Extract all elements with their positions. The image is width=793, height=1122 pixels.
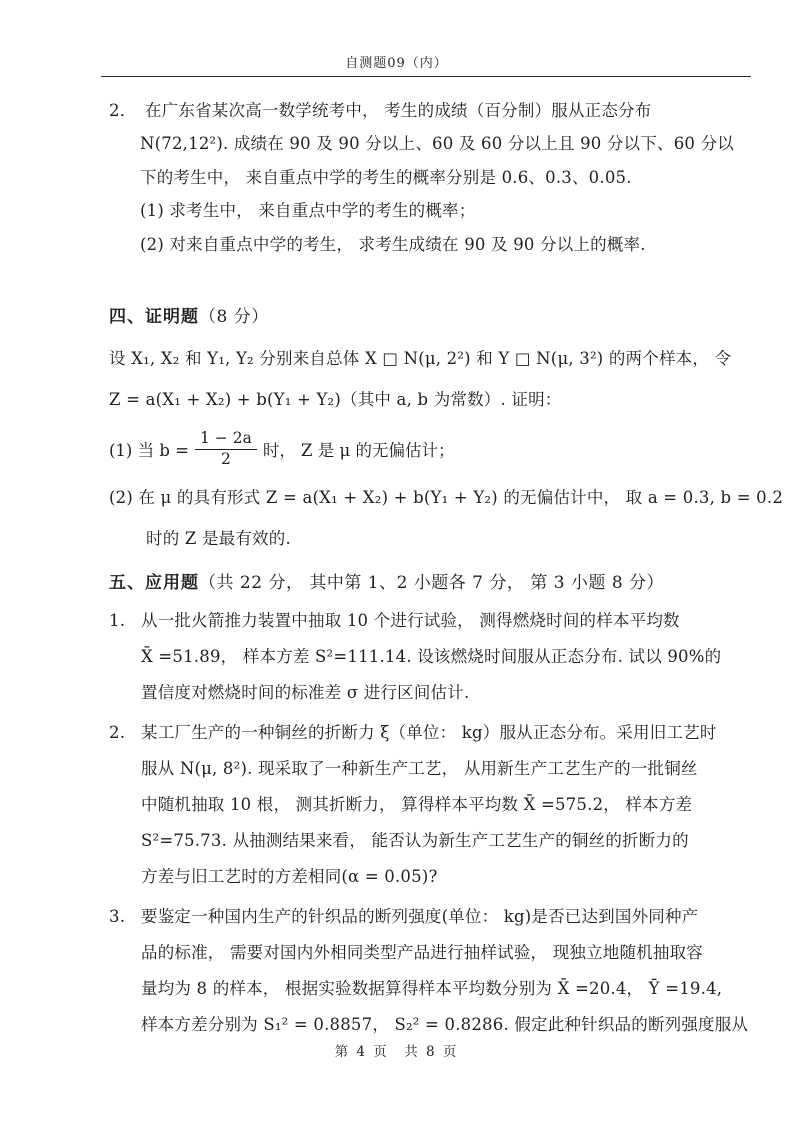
question-2-block: 2．在广东省某次高一数学统考中， 考生的成绩（百分制）服从正态分布 N(72,1… <box>109 94 731 261</box>
question-text: 在广东省某次高一数学统考中， 考生的成绩（百分制）服从正态分布 <box>145 101 651 120</box>
fraction-numerator: 1 − 2a <box>195 429 257 450</box>
question-2-line-1: 2．在广东省某次高一数学统考中， 考生的成绩（百分制）服从正态分布 <box>109 94 731 127</box>
proof-item-2-line-2: 时的 Z 是最有效的. <box>109 519 731 559</box>
section-5-heading: 五、应用题（共 22 分， 其中第 1、2 小题各 7 分， 第 3 小题 8 … <box>109 567 731 599</box>
applied-item-3-line-1: 3.要鉴定一种国内生产的针织品的断列强度(单位： kg)是否已达到国外同种产 <box>109 899 731 935</box>
applied-item-1-line-1: 1.从一批火箭推力装置中抽取 10 个进行试验， 测得燃烧时间的样本平均数 <box>109 603 731 639</box>
document-page: 自测题09（内） 2．在广东省某次高一数学统考中， 考生的成绩（百分制）服从正态… <box>0 0 793 1122</box>
proof-item-1-suffix: 时， Z 是 μ 的无偏估计； <box>263 437 455 461</box>
item-text: 从一批火箭推力装置中抽取 10 个进行试验， 测得燃烧时间的样本平均数 <box>141 611 680 630</box>
proof-item-2-line-1: (2) 在 μ 的具有形式 Z = a(X₁ + X₂) + b(Y₁ + Y₂… <box>109 477 731 519</box>
applied-item-1-line-3: 置信度对燃烧时间的标准差 σ 进行区间估计. <box>109 675 731 711</box>
item-text: 某工厂生产的一种铜丝的折断力 ξ（单位： kg）服从正态分布。采用旧工艺时 <box>141 723 717 742</box>
section-4-heading-points: （8 分） <box>199 307 269 327</box>
applied-item-3-line-4: 样本方差分别为 S₁² = 0.8857， S₂² = 0.8286. 假定此种… <box>109 1007 731 1043</box>
applied-item-2-line-4: S²=75.73. 从抽测结果来看， 能否认为新生产工艺生产的铜丝的折断力的 <box>109 823 731 859</box>
section-4-heading-title: 四、证明题 <box>109 307 199 327</box>
item-text: 要鉴定一种国内生产的针织品的断列强度(单位： kg)是否已达到国外同种产 <box>141 907 698 926</box>
applied-item-3: 3.要鉴定一种国内生产的针织品的断列强度(单位： kg)是否已达到国外同种产 品… <box>109 899 731 1043</box>
question-2-subitem-1: (1) 求考生中， 来自重点中学的考生的概率； <box>109 194 731 227</box>
item-number: 2. <box>109 715 141 751</box>
section-5-heading-points: （共 22 分， 其中第 1、2 小题各 7 分， 第 3 小题 8 分） <box>199 573 664 593</box>
applied-item-2-line-3: 中随机抽取 10 根， 测其折断力， 算得样本平均数 X̄ =575.2， 样本… <box>109 787 731 823</box>
section-5-applied-block: 五、应用题（共 22 分， 其中第 1、2 小题各 7 分， 第 3 小题 8 … <box>109 567 731 1043</box>
question-number: 2． <box>109 94 145 127</box>
applied-item-3-line-3: 量均为 8 的样本， 根据实验数据算得样本平均数分别为 X̄ =20.4， Ȳ … <box>109 971 731 1007</box>
question-2-line-2: N(72,12²). 成绩在 90 及 90 分以上、60 及 60 分以上且 … <box>109 127 731 160</box>
item-number: 3. <box>109 899 141 935</box>
applied-item-1-line-2: X̄ =51.89， 样本方差 S²=111.14. 设该燃烧时间服从正态分布.… <box>109 639 731 675</box>
section-4-heading: 四、证明题（8 分） <box>109 301 731 333</box>
fraction: 1 − 2a 2 <box>195 429 257 470</box>
proof-intro-line-2: Z = a(X₁ + X₂) + b(Y₁ + Y₂)（其中 a, b 为常数）… <box>109 379 731 421</box>
applied-item-2-line-2: 服从 N(μ, 8²). 现采取了一种新生产工艺， 从用新生产工艺生产的一批铜丝 <box>109 751 731 787</box>
proof-intro-line-1: 设 X₁, X₂ 和 Y₁, Y₂ 分别来自总体 X □ N(μ, 2²) 和 … <box>109 339 731 379</box>
proof-item-1: (1) 当 b = 1 − 2a 2 时， Z 是 μ 的无偏估计； <box>109 421 731 477</box>
header-rule <box>101 76 751 77</box>
page-header-title: 自测题09（内） <box>0 52 793 71</box>
section-4-proof-block: 四、证明题（8 分） 设 X₁, X₂ 和 Y₁, Y₂ 分别来自总体 X □ … <box>109 301 731 559</box>
item-number: 1. <box>109 603 141 639</box>
applied-item-1: 1.从一批火箭推力装置中抽取 10 个进行试验， 测得燃烧时间的样本平均数 X̄… <box>109 603 731 711</box>
question-2-subitem-2: (2) 对来自重点中学的考生， 求考生成绩在 90 及 90 分以上的概率. <box>109 228 731 261</box>
fraction-denominator: 2 <box>195 450 257 469</box>
document-body: 2．在广东省某次高一数学统考中， 考生的成绩（百分制）服从正态分布 N(72,1… <box>109 94 731 1043</box>
section-5-heading-title: 五、应用题 <box>109 573 199 593</box>
applied-item-3-line-2: 品的标准， 需要对国内外相同类型产品进行抽样试验， 现独立地随机抽取容 <box>109 935 731 971</box>
applied-item-2-line-1: 2.某工厂生产的一种铜丝的折断力 ξ（单位： kg）服从正态分布。采用旧工艺时 <box>109 715 731 751</box>
applied-item-2-line-5: 方差与旧工艺时的方差相同(α = 0.05)? <box>109 859 731 895</box>
proof-item-1-prefix: (1) 当 b = <box>109 437 189 461</box>
applied-item-2: 2.某工厂生产的一种铜丝的折断力 ξ（单位： kg）服从正态分布。采用旧工艺时 … <box>109 715 731 895</box>
question-2-line-3: 下的考生中， 来自重点中学的考生的概率分别是 0.6、0.3、0.05. <box>109 161 731 194</box>
page-footer: 第 4 页 共 8 页 <box>0 1040 793 1060</box>
